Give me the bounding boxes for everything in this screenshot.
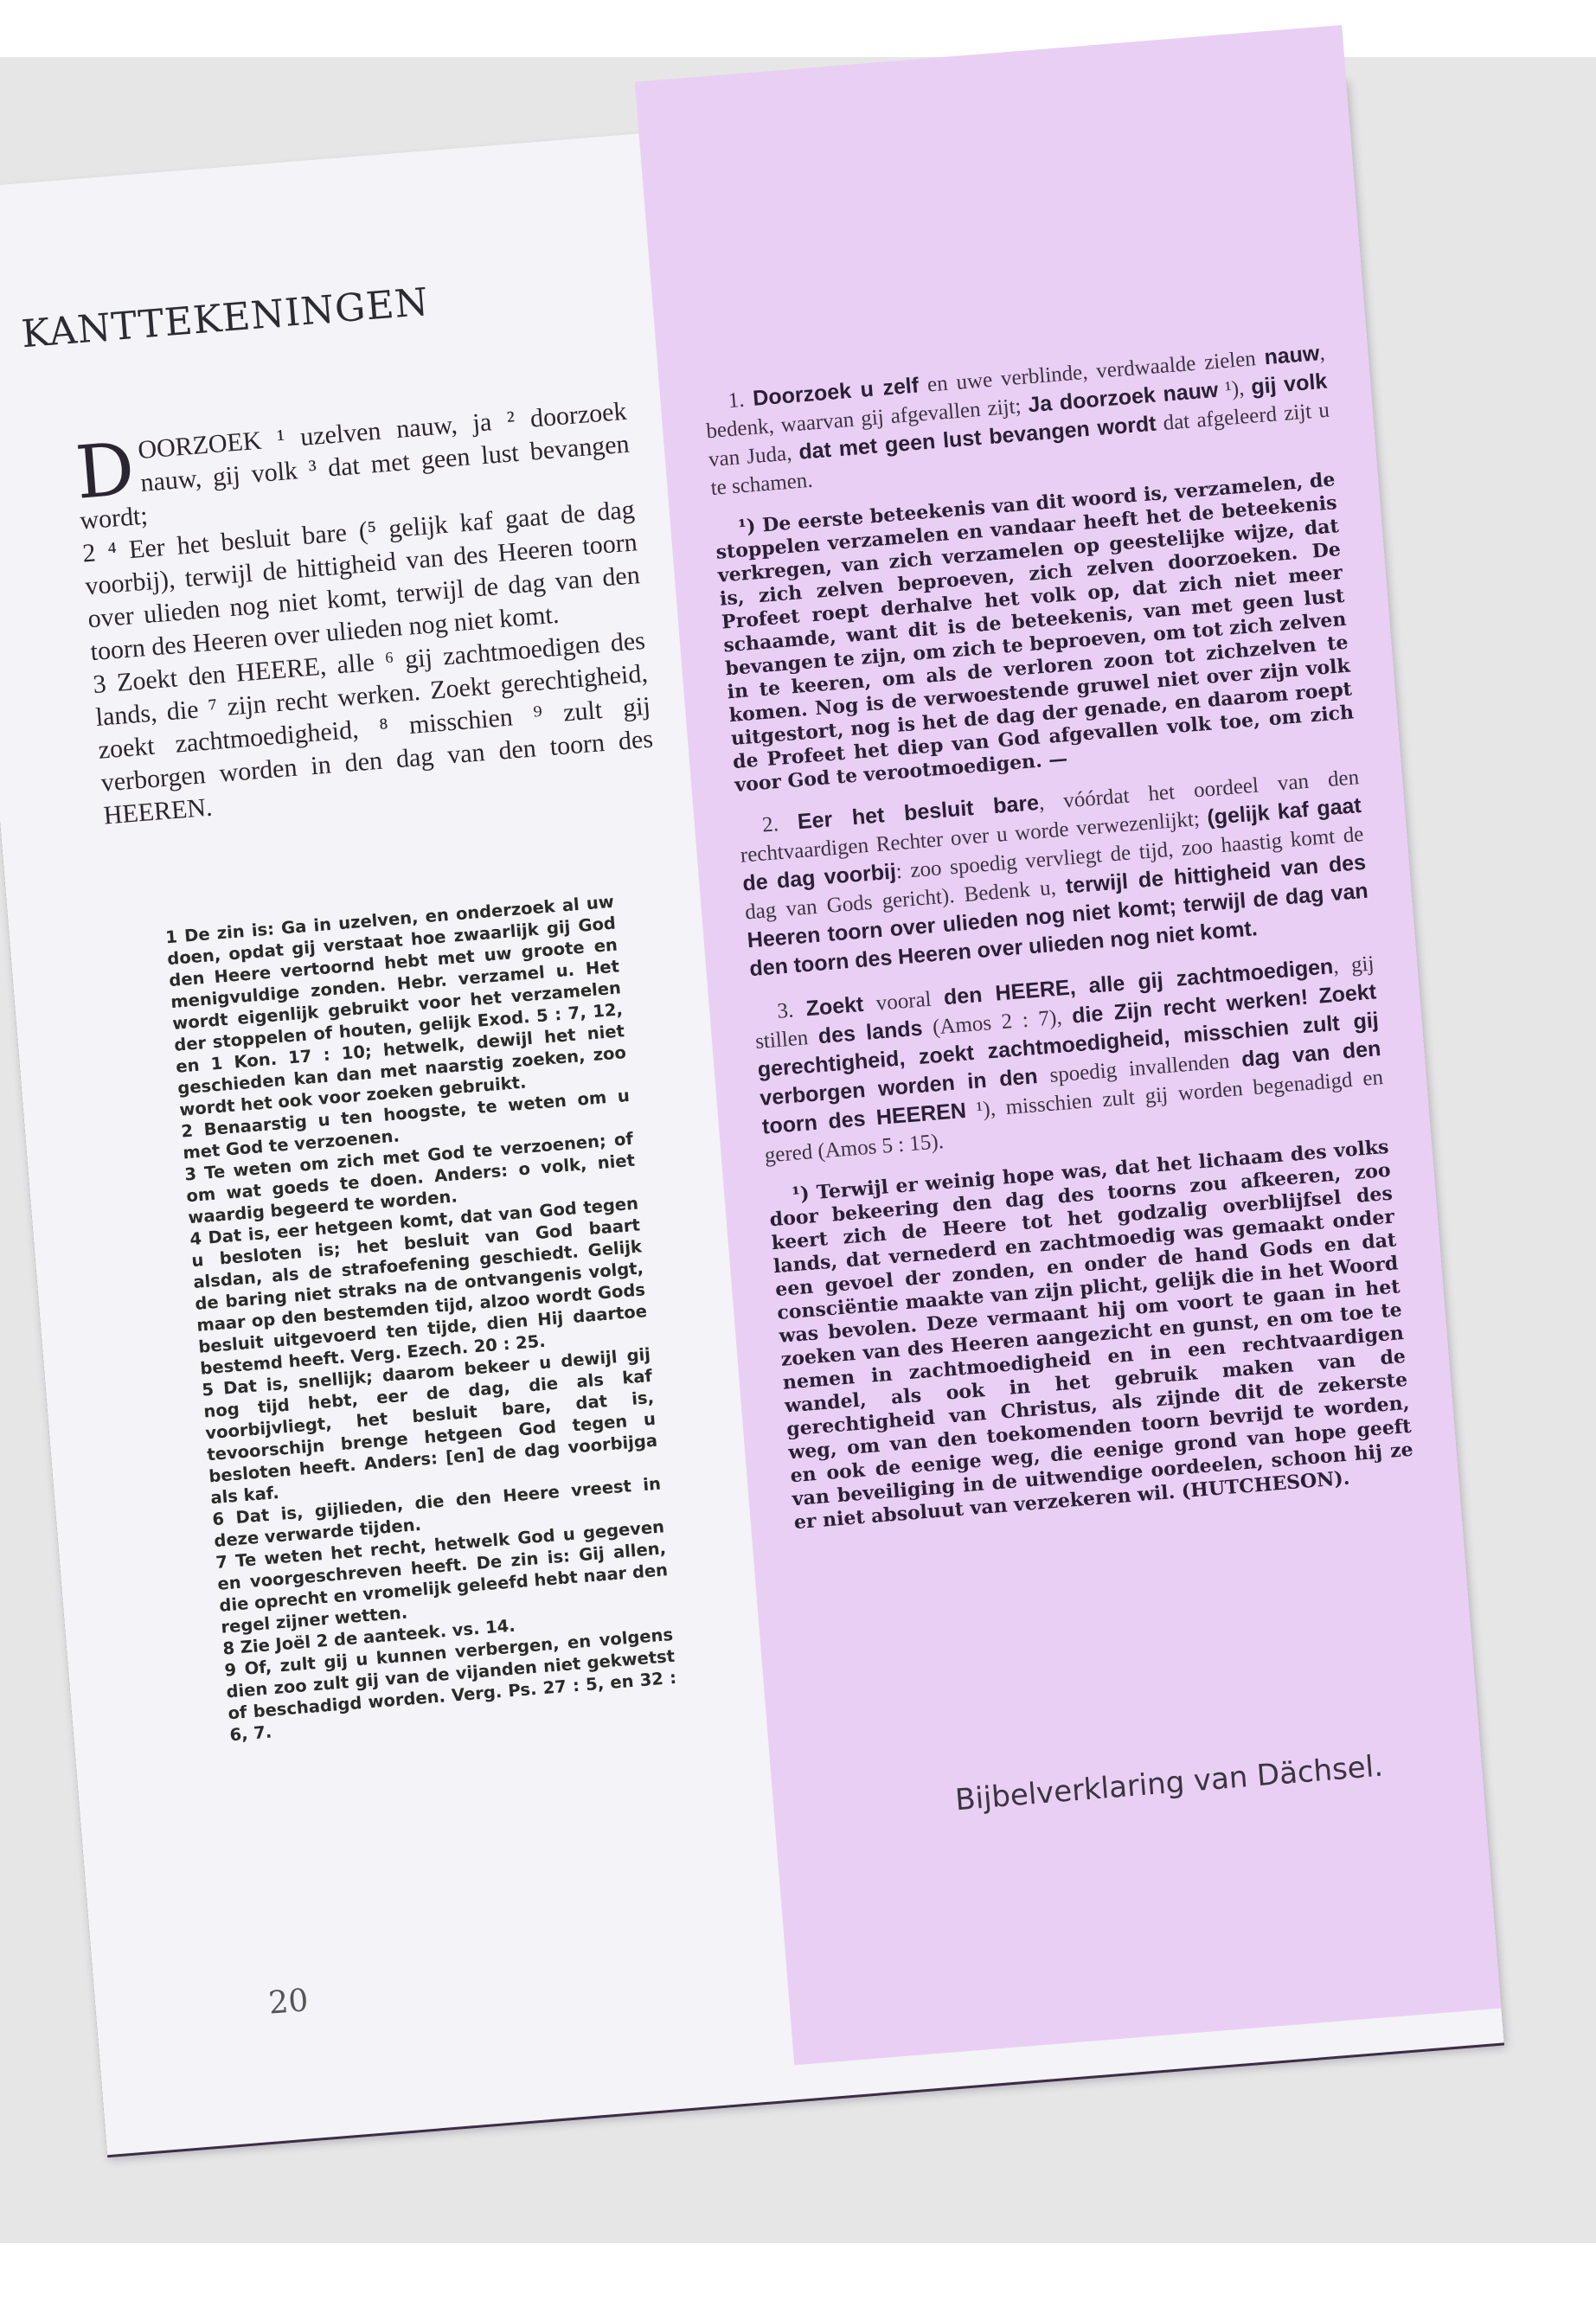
commentary-footnote: ¹) Terwijl er weinig hope was, dat het l…	[767, 1136, 1416, 1535]
commentary-paragraph: 3. Zoekt vooral den HEERE, alle gij zach…	[752, 949, 1387, 1170]
commentary-footnote: ¹) De eerste beteekenis van dit woord is…	[714, 468, 1357, 798]
bible-verses: D OORZOEK ¹ uzelven nauw, ja ² doorzoek …	[74, 395, 657, 833]
drop-cap: D	[74, 439, 137, 503]
printed-page: KANTTEKENINGEN D OORZOEK ¹ uzelven nauw,…	[0, 77, 1504, 2156]
page-title: KANTTEKENINGEN	[20, 280, 431, 357]
note: 1 De zin is: Ga in uzelven, en onderzoek…	[164, 891, 628, 1121]
commentary: 1. Doorzoek u zelf en uwe verblinde, ver…	[703, 339, 1418, 1550]
page-number: 20	[267, 1983, 310, 2022]
commentary-paragraph: 2. Eer het besluit bare, vóórdat het oor…	[737, 763, 1372, 984]
margin-notes: 1 De zin is: Ga in uzelven, en onderzoek…	[164, 891, 679, 1747]
